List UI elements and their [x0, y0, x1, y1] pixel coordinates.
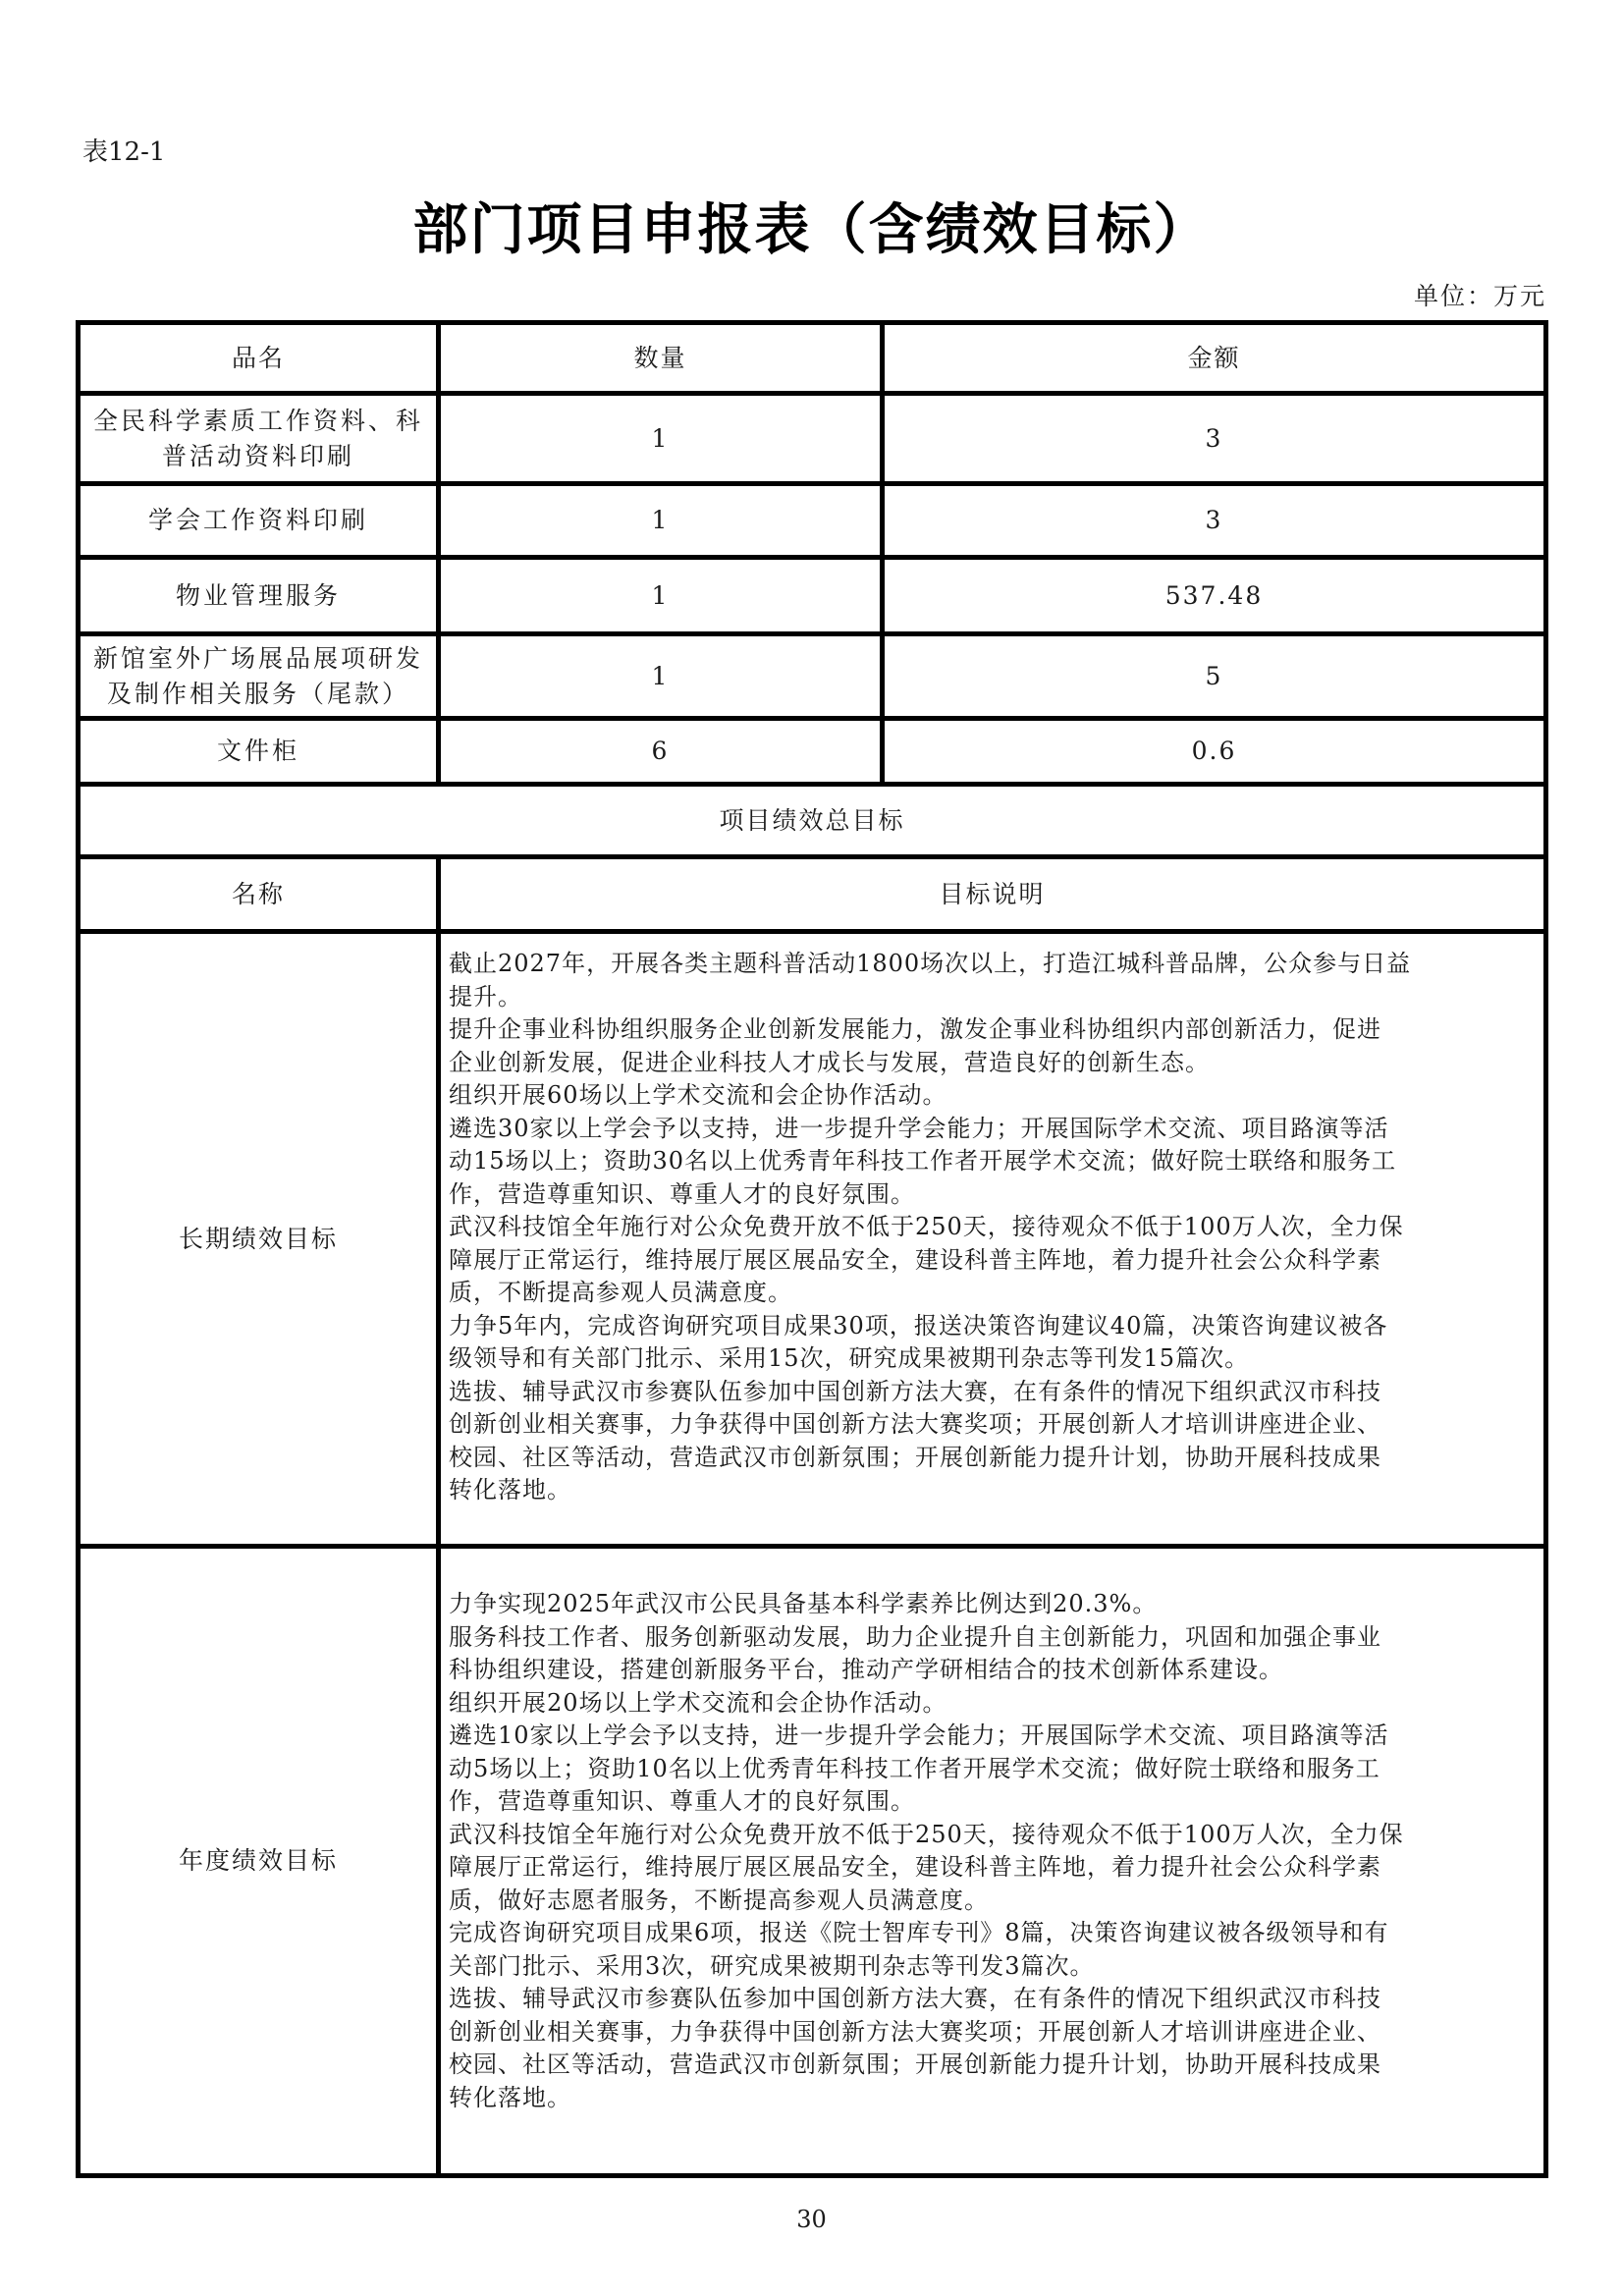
item-amount: 0.6 [883, 719, 1546, 785]
column-header-amount: 金额 [883, 323, 1546, 394]
item-quantity: 6 [439, 719, 883, 785]
table-row: 物业管理服务 1 537.48 [79, 558, 1546, 634]
item-quantity: 1 [439, 634, 883, 719]
goals-header-row: 名称 目标说明 [79, 857, 1546, 932]
column-header-goal-description: 目标说明 [439, 857, 1546, 932]
table-row: 新馆室外广场展品展项研发 及制作相关服务（尾款） 1 5 [79, 634, 1546, 719]
project-application-table: 品名 数量 金额 全民科学素质工作资料、科 普活动资料印刷 1 3 学会工作资料… [76, 320, 1543, 2173]
table-row: 学会工作资料印刷 1 3 [79, 484, 1546, 558]
item-name: 物业管理服务 [79, 558, 439, 634]
table-row: 全民科学素质工作资料、科 普活动资料印刷 1 3 [79, 394, 1546, 484]
annual-goal-label: 年度绩效目标 [79, 1547, 439, 2176]
annual-goal-description: 力争实现2025年武汉市公民具备基本科学素养比例达到20.3%。 服务科技工作者… [439, 1547, 1546, 2176]
item-name: 学会工作资料印刷 [79, 484, 439, 558]
column-header-name: 品名 [79, 323, 439, 394]
item-amount: 3 [883, 394, 1546, 484]
column-header-goal-name: 名称 [79, 857, 439, 932]
item-name: 文件柜 [79, 719, 439, 785]
item-amount: 3 [883, 484, 1546, 558]
table-number: 表12-1 [82, 132, 165, 168]
item-name: 全民科学素质工作资料、科 普活动资料印刷 [79, 394, 439, 484]
item-amount: 5 [883, 634, 1546, 719]
long-term-goal-description: 截止2027年，开展各类主题科普活动1800场次以上，打造江城科普品牌，公众参与… [439, 932, 1546, 1547]
items-header-row: 品名 数量 金额 [79, 323, 1546, 394]
column-header-quantity: 数量 [439, 323, 883, 394]
unit-label: 单位：万元 [1414, 277, 1546, 312]
long-term-goal-label: 长期绩效目标 [79, 932, 439, 1547]
goals-section-heading: 项目绩效总目标 [79, 785, 1546, 857]
item-quantity: 1 [439, 394, 883, 484]
item-amount: 537.48 [883, 558, 1546, 634]
item-name: 新馆室外广场展品展项研发 及制作相关服务（尾款） [79, 634, 439, 719]
goals-section-heading-row: 项目绩效总目标 [79, 785, 1546, 857]
item-quantity: 1 [439, 484, 883, 558]
item-quantity: 1 [439, 558, 883, 634]
page-number: 30 [0, 2206, 1623, 2233]
page-title: 部门项目申报表（含绩效目标） [0, 187, 1623, 265]
annual-goal-row: 年度绩效目标 力争实现2025年武汉市公民具备基本科学素养比例达到20.3%。 … [79, 1547, 1546, 2176]
long-term-goal-row: 长期绩效目标 截止2027年，开展各类主题科普活动1800场次以上，打造江城科普… [79, 932, 1546, 1547]
table-row: 文件柜 6 0.6 [79, 719, 1546, 785]
